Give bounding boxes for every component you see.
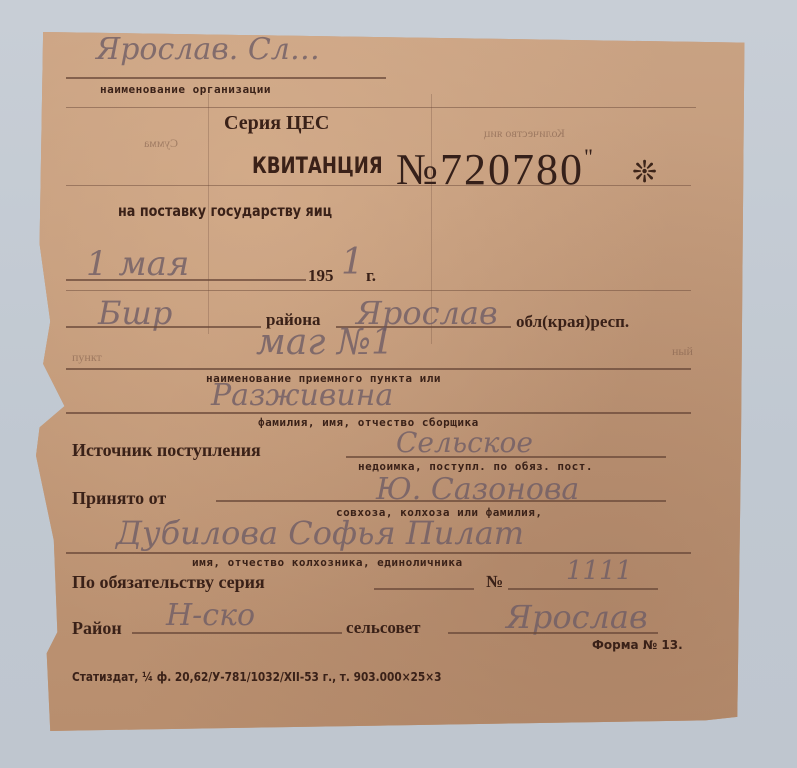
- collection-point-line: [66, 368, 691, 370]
- series-label: Серия ЦЕС: [224, 112, 329, 135]
- selsovet-line: [448, 632, 658, 634]
- date-handwriting: 1 мая: [86, 244, 189, 284]
- farmer-name-line: [66, 552, 691, 554]
- source-label: Источник поступления: [72, 440, 261, 461]
- collector-handwriting: Разживина: [211, 378, 393, 413]
- region-label: обл(края)респ.: [516, 312, 629, 332]
- organization-caption: наименование организации: [100, 83, 271, 96]
- collector-line: [66, 412, 691, 414]
- form-number: Форма № 13.: [592, 638, 683, 652]
- organization-line: [66, 77, 386, 79]
- rayon-handwriting: Н-ско: [166, 598, 255, 633]
- source-line: [346, 456, 666, 458]
- receipt-title: КВИТАНЦИЯ: [252, 154, 383, 179]
- rayon-label: Район: [72, 618, 122, 639]
- obligation-handwriting: 1111: [566, 556, 632, 586]
- year-prefix: 195: [308, 266, 334, 286]
- obligation-number-label: №: [486, 572, 503, 592]
- faint-marker-left: пункт: [72, 350, 102, 365]
- number-sign: №: [396, 145, 440, 194]
- receipt-subtitle: на поставку государству яиц: [118, 202, 332, 220]
- obligation-number-line: [508, 588, 658, 590]
- source-handwriting: Сельское: [396, 426, 533, 459]
- obligation-label: По обязательству серия: [72, 572, 265, 593]
- district-line: [66, 326, 261, 328]
- date-line: [66, 279, 306, 281]
- selsovet-label: сельсовет: [346, 618, 421, 638]
- mirrored-quantity-text: Количество яиц: [484, 126, 565, 141]
- obligation-series-line: [374, 588, 474, 590]
- faint-marker-right: ный: [672, 344, 693, 359]
- receipt-paper: Ярослав. Сл… наименование организации Се…: [36, 32, 748, 738]
- year-handwriting: 1: [341, 242, 364, 283]
- date-rule: [66, 290, 691, 291]
- receipt-number: №720780": [396, 144, 595, 195]
- header-rule: [66, 107, 696, 108]
- farmer-name-caption: имя, отчество колхозника, единоличника: [192, 556, 463, 569]
- title-rule: [66, 185, 691, 186]
- mirrored-sum-text: Сумма: [144, 136, 178, 151]
- printer-info: Статиздат, ¼ ф. 20,62/У-781/1032/XII-53 …: [72, 670, 441, 684]
- collection-point-handwriting: маг №1: [256, 322, 394, 363]
- organization-handwriting: Ярослав. Сл…: [96, 32, 320, 67]
- number-value: 720780: [440, 145, 584, 194]
- farmer-name-handwriting: Дубилова Софья Пилат: [116, 514, 524, 552]
- received-from-label: Принято от: [72, 488, 166, 509]
- selsovet-handwriting: Ярослав: [506, 598, 648, 636]
- rayon-line: [132, 632, 342, 634]
- year-suffix: г.: [366, 266, 376, 286]
- received-from-line: [216, 500, 666, 502]
